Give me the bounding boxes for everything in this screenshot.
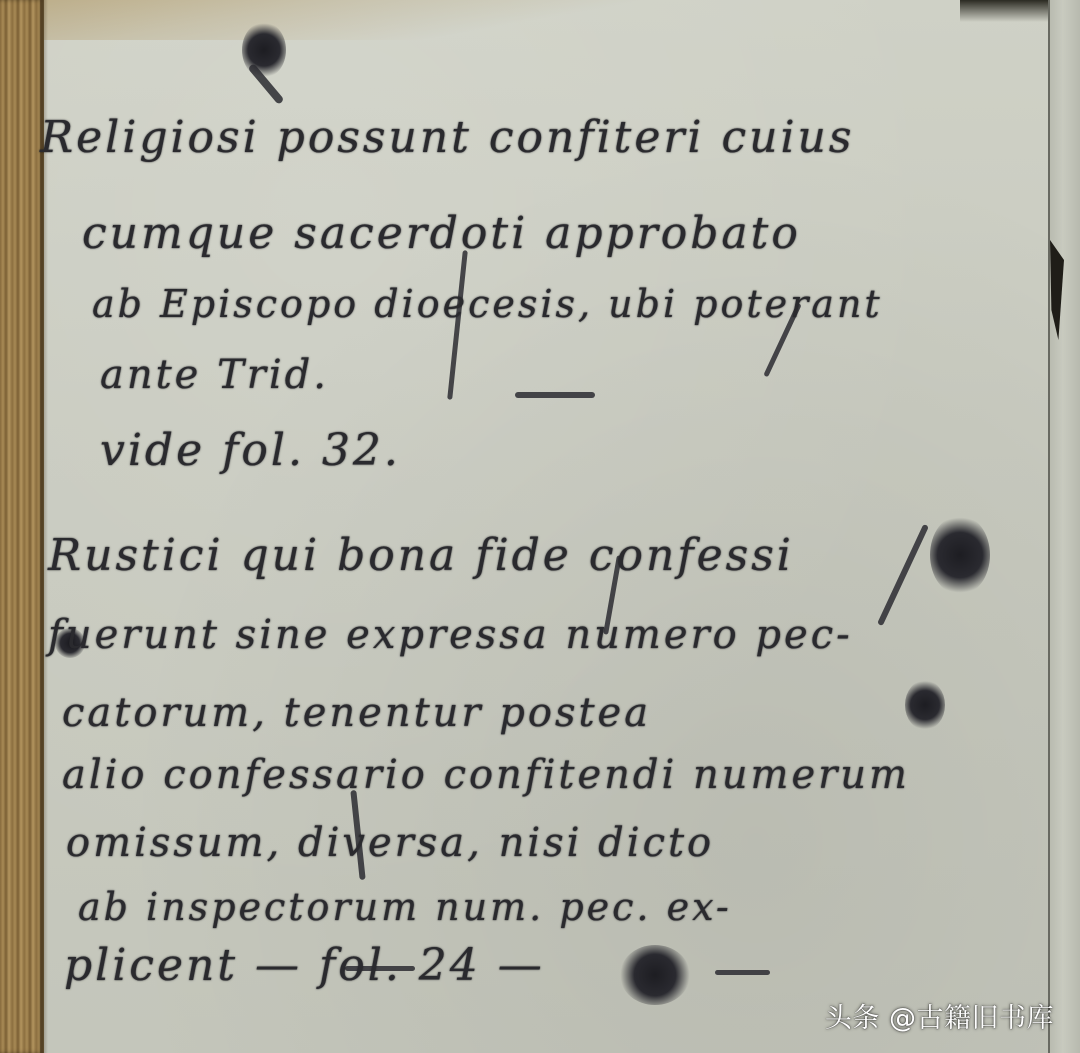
- manuscript-line: ab Episcopo dioecesis, ubi poterant: [92, 282, 883, 326]
- manuscript-line: omissum, diversa, nisi dicto: [66, 820, 714, 866]
- ink-underline: [515, 392, 595, 398]
- water-stain: [0, 0, 700, 40]
- manuscript-line: cumque sacerdoti approbato: [82, 208, 801, 259]
- manuscript-line: catorum, tenentur postea: [62, 690, 651, 736]
- manuscript-line: ab inspectorum num. pec. ex-: [78, 885, 732, 929]
- manuscript-line: fuerunt sine expressa numero pec-: [48, 612, 853, 658]
- manuscript-line: alio confessario confitendi numerum: [62, 752, 910, 798]
- book-binding-edge: [0, 0, 44, 1053]
- ink-descender: [877, 524, 929, 626]
- manuscript-line: plicent — fol. 24 —: [64, 940, 545, 991]
- manuscript-line: Religiosi possunt confiteri cuius: [40, 112, 854, 163]
- ink-dash: [715, 970, 770, 975]
- manuscript-line: Rustici qui bona fide confessi: [48, 530, 794, 581]
- ink-blot-arrow: [905, 680, 945, 730]
- manuscript-line: ante Trid.: [100, 352, 329, 398]
- manuscript-line: vide fol. 32.: [100, 425, 401, 476]
- manuscript-page: Religiosi possunt confiteri cuius cumque…: [0, 0, 1080, 1053]
- watermark: 头条 @古籍旧书库: [825, 996, 1054, 1035]
- ink-blot-bottom: [620, 945, 690, 1005]
- page-fold-right: [1048, 0, 1080, 1053]
- ink-blot-right: [930, 515, 990, 595]
